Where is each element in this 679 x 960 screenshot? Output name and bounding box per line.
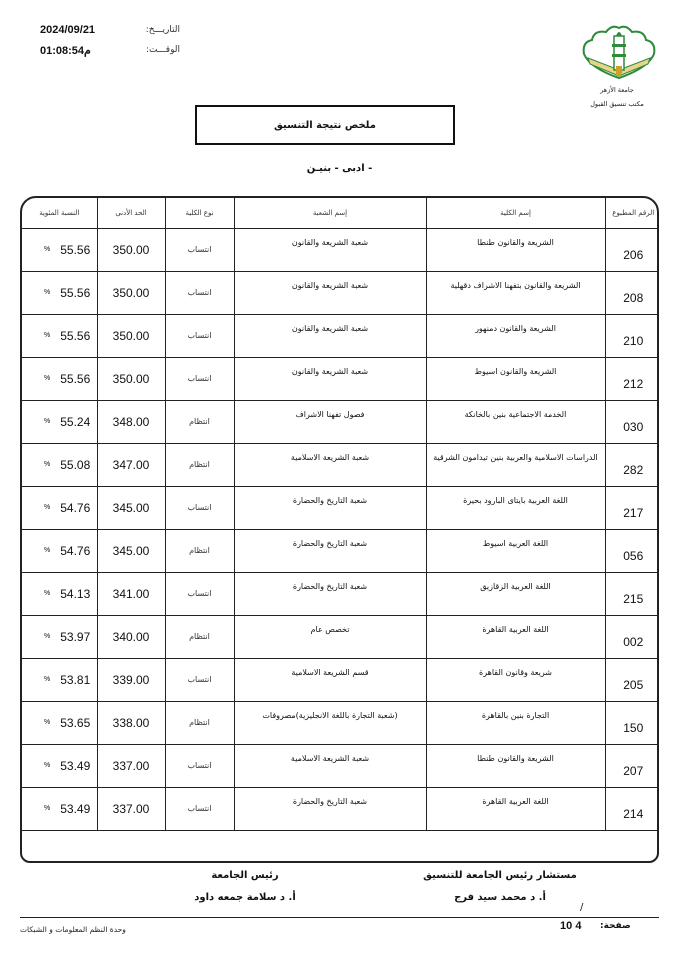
percent-value: 53.65 [60, 716, 90, 730]
cell-college: اللغة العربية اسيوط [426, 529, 605, 572]
table-row: 150التجارة بنين بالقاهرة(شعبة التجارة با… [22, 701, 659, 744]
cell-type: انتساب [165, 787, 234, 830]
president-title: رئيس الجامعة [170, 870, 320, 881]
cell-min-score: 350.00 [97, 271, 165, 314]
cell-type: انتظام [165, 529, 234, 572]
cell-division: شعبة التاريخ والحضارة [234, 486, 426, 529]
cell-code: 205 [605, 658, 659, 701]
table-row: 214اللغة العربية القاهرةشعبة التاريخ وال… [22, 787, 659, 830]
date-label: التاريـــخ: [146, 25, 180, 35]
cell-division: فصول تفهنا الاشراف [234, 400, 426, 443]
cell-college: اللغة العربية القاهرة [426, 615, 605, 658]
cell-percent: %53.49 [22, 787, 97, 830]
percent-sign: % [44, 504, 50, 511]
cell-min-score: 350.00 [97, 314, 165, 357]
cell-type: انتساب [165, 228, 234, 271]
percent-value: 54.76 [60, 501, 90, 515]
print-meta: 2024/09/21 التاريـــخ: 01:08:54م الوقـــ… [40, 20, 180, 60]
department-name: وحدة النظم المعلومات و الشبكات [20, 925, 126, 934]
cell-college: الشريعة والقانون اسيوط [426, 357, 605, 400]
footer-divider [20, 917, 659, 918]
col-header-division: إسم الشعبة [234, 198, 426, 228]
cell-code: 214 [605, 787, 659, 830]
percent-value: 55.56 [60, 329, 90, 343]
percent-sign: % [44, 762, 50, 769]
percent-sign: % [44, 547, 50, 554]
cell-code: 207 [605, 744, 659, 787]
cell-division: (شعبة التجارة باللغة الانجليزية)مصروفات [234, 701, 426, 744]
report-subtitle: - ادبى - بنيـن [0, 163, 679, 174]
cell-college: شريعة وقانون القاهرة [426, 658, 605, 701]
table-row: 217اللغة العربية بايتاى البارود بحيرةشعب… [22, 486, 659, 529]
cell-min-score: 339.00 [97, 658, 165, 701]
cell-college: الشريعة والقانون دمنهور [426, 314, 605, 357]
cell-division: شعبة الشريعة والقانون [234, 271, 426, 314]
cell-min-score: 348.00 [97, 400, 165, 443]
percent-value: 53.81 [60, 673, 90, 687]
cell-college: الخدمة الاجتماعية بنين بالخانكة [426, 400, 605, 443]
cell-division: شعبة التاريخ والحضارة [234, 787, 426, 830]
cell-type: انتساب [165, 271, 234, 314]
percent-value: 53.97 [60, 630, 90, 644]
percent-sign: % [44, 418, 50, 425]
percent-value: 53.49 [60, 802, 90, 816]
report-title-text: ملخص نتيجة التنسيق [274, 120, 376, 131]
percent-value: 55.56 [60, 286, 90, 300]
cell-min-score: 337.00 [97, 787, 165, 830]
cell-division: شعبة التاريخ والحضارة [234, 572, 426, 615]
cell-college: الشريعة والقانون بتفهنا الاشراف دقهلية [426, 271, 605, 314]
col-header-min: الحد الأدنى [97, 198, 165, 228]
page-current: 4 [575, 920, 581, 932]
page-number: 10 4 [560, 920, 581, 932]
cell-type: انتساب [165, 314, 234, 357]
cell-percent: %54.76 [22, 529, 97, 572]
table-row: 056اللغة العربية اسيوطشعبة التاريخ والحض… [22, 529, 659, 572]
percent-sign: % [44, 332, 50, 339]
percent-sign: % [44, 676, 50, 683]
table-row: 030الخدمة الاجتماعية بنين بالخانكةفصول ت… [22, 400, 659, 443]
cell-code: 215 [605, 572, 659, 615]
cell-division: تخصص عام [234, 615, 426, 658]
cell-division: قسم الشريعة الاسلامية [234, 658, 426, 701]
coordinator-signature: مستشار رئيس الجامعة للتنسيق أ. د محمد سي… [415, 870, 585, 910]
cell-min-score: 350.00 [97, 357, 165, 400]
cell-type: انتساب [165, 357, 234, 400]
cell-min-score: 338.00 [97, 701, 165, 744]
cell-type: انتساب [165, 572, 234, 615]
cell-type: انتساب [165, 744, 234, 787]
president-name: أ. د سلامة جمعه داود [170, 892, 320, 903]
percent-sign: % [44, 246, 50, 253]
cell-min-score: 350.00 [97, 228, 165, 271]
cell-percent: %53.65 [22, 701, 97, 744]
cell-division: شعبة الشريعة والقانون [234, 314, 426, 357]
table-row: 212الشريعة والقانون اسيوطشعبة الشريعة وا… [22, 357, 659, 400]
university-logo-icon [578, 24, 660, 80]
percent-value: 55.56 [60, 372, 90, 386]
cell-percent: %55.08 [22, 443, 97, 486]
time-value: 01:08:54م [40, 44, 91, 57]
cell-min-score: 347.00 [97, 443, 165, 486]
cell-code: 056 [605, 529, 659, 572]
org-name: جامعة الأزهر [577, 86, 657, 94]
cell-division: شعبة الشريعة الاسلامية [234, 443, 426, 486]
percent-value: 55.56 [60, 243, 90, 257]
percent-value: 54.13 [60, 587, 90, 601]
cell-college: اللغة العربية بايتاى البارود بحيرة [426, 486, 605, 529]
percent-value: 55.08 [60, 458, 90, 472]
cell-code: 206 [605, 228, 659, 271]
cell-code: 210 [605, 314, 659, 357]
org-office: مكتب تنسيق القبول [577, 100, 657, 108]
percent-sign: % [44, 461, 50, 468]
cell-type: انتظام [165, 443, 234, 486]
page-slash: / [580, 902, 583, 913]
table-row: 210الشريعة والقانون دمنهورشعبة الشريعة و… [22, 314, 659, 357]
table-row: 215اللغة العربية الزقازيقشعبة التاريخ وا… [22, 572, 659, 615]
cell-percent: %53.81 [22, 658, 97, 701]
percent-sign: % [44, 375, 50, 382]
table-row: 205شريعة وقانون القاهرةقسم الشريعة الاسل… [22, 658, 659, 701]
page-label: صفحة: [600, 921, 631, 931]
cell-percent: %55.24 [22, 400, 97, 443]
cell-min-score: 345.00 [97, 529, 165, 572]
percent-sign: % [44, 633, 50, 640]
col-header-type: نوع الكلية [165, 198, 234, 228]
cell-type: انتساب [165, 658, 234, 701]
report-title: ملخص نتيجة التنسيق [195, 105, 455, 145]
table-row: 282الدراسات الاسلامية والعربية بنين تيدا… [22, 443, 659, 486]
col-header-college: إسم الكلية [426, 198, 605, 228]
cell-min-score: 345.00 [97, 486, 165, 529]
cell-college: الدراسات الاسلامية والعربية بنين تيدامون… [426, 443, 605, 486]
cell-college: اللغة العربية الزقازيق [426, 572, 605, 615]
cell-division: شعبة الشريعة والقانون [234, 357, 426, 400]
time-label: الوقـــت: [146, 45, 180, 55]
cell-percent: %55.56 [22, 314, 97, 357]
cell-min-score: 337.00 [97, 744, 165, 787]
time-row: 01:08:54م الوقـــت: [40, 40, 180, 60]
percent-value: 55.24 [60, 415, 90, 429]
cell-type: انتظام [165, 701, 234, 744]
results-table: الرقم المطبوع إسم الكلية إسم الشعبة نوع … [22, 198, 659, 831]
cell-code: 150 [605, 701, 659, 744]
cell-type: انتظام [165, 615, 234, 658]
cell-code: 217 [605, 486, 659, 529]
percent-sign: % [44, 590, 50, 597]
coordinator-name: أ. د محمد سيد فرج [415, 892, 585, 903]
percent-sign: % [44, 289, 50, 296]
cell-code: 212 [605, 357, 659, 400]
col-header-code: الرقم المطبوع [605, 198, 659, 228]
cell-percent: %53.97 [22, 615, 97, 658]
cell-code: 030 [605, 400, 659, 443]
table-row: 207الشريعة والقانون طنطاشعبة الشريعة الا… [22, 744, 659, 787]
president-signature: رئيس الجامعة أ. د سلامة جمعه داود [170, 870, 320, 910]
page-total: 10 [560, 920, 572, 932]
table-row: 002اللغة العربية القاهرةتخصص عامانتظام34… [22, 615, 659, 658]
table-row: 206الشريعة والقانون طنطاشعبة الشريعة وال… [22, 228, 659, 271]
cell-type: انتساب [165, 486, 234, 529]
results-table-frame: الرقم المطبوع إسم الكلية إسم الشعبة نوع … [20, 196, 659, 863]
percent-value: 53.49 [60, 759, 90, 773]
cell-code: 208 [605, 271, 659, 314]
cell-college: الشريعة والقانون طنطا [426, 744, 605, 787]
cell-college: الشريعة والقانون طنطا [426, 228, 605, 271]
coordinator-title: مستشار رئيس الجامعة للتنسيق [415, 870, 585, 881]
date-value: 2024/09/21 [40, 24, 95, 36]
cell-division: شعبة الشريعة الاسلامية [234, 744, 426, 787]
table-header-row: الرقم المطبوع إسم الكلية إسم الشعبة نوع … [22, 198, 659, 228]
col-header-percent: النسبة المئوية [22, 198, 97, 228]
cell-division: شعبة التاريخ والحضارة [234, 529, 426, 572]
cell-type: انتظام [165, 400, 234, 443]
cell-college: اللغة العربية القاهرة [426, 787, 605, 830]
percent-sign: % [44, 805, 50, 812]
percent-value: 54.76 [60, 544, 90, 558]
percent-sign: % [44, 719, 50, 726]
cell-percent: %54.76 [22, 486, 97, 529]
cell-min-score: 341.00 [97, 572, 165, 615]
cell-college: التجارة بنين بالقاهرة [426, 701, 605, 744]
cell-percent: %53.49 [22, 744, 97, 787]
cell-min-score: 340.00 [97, 615, 165, 658]
cell-percent: %55.56 [22, 357, 97, 400]
table-row: 208الشريعة والقانون بتفهنا الاشراف دقهلي… [22, 271, 659, 314]
date-row: 2024/09/21 التاريـــخ: [40, 20, 180, 40]
cell-code: 002 [605, 615, 659, 658]
cell-percent: %55.56 [22, 228, 97, 271]
cell-percent: %55.56 [22, 271, 97, 314]
cell-code: 282 [605, 443, 659, 486]
cell-division: شعبة الشريعة والقانون [234, 228, 426, 271]
cell-percent: %54.13 [22, 572, 97, 615]
